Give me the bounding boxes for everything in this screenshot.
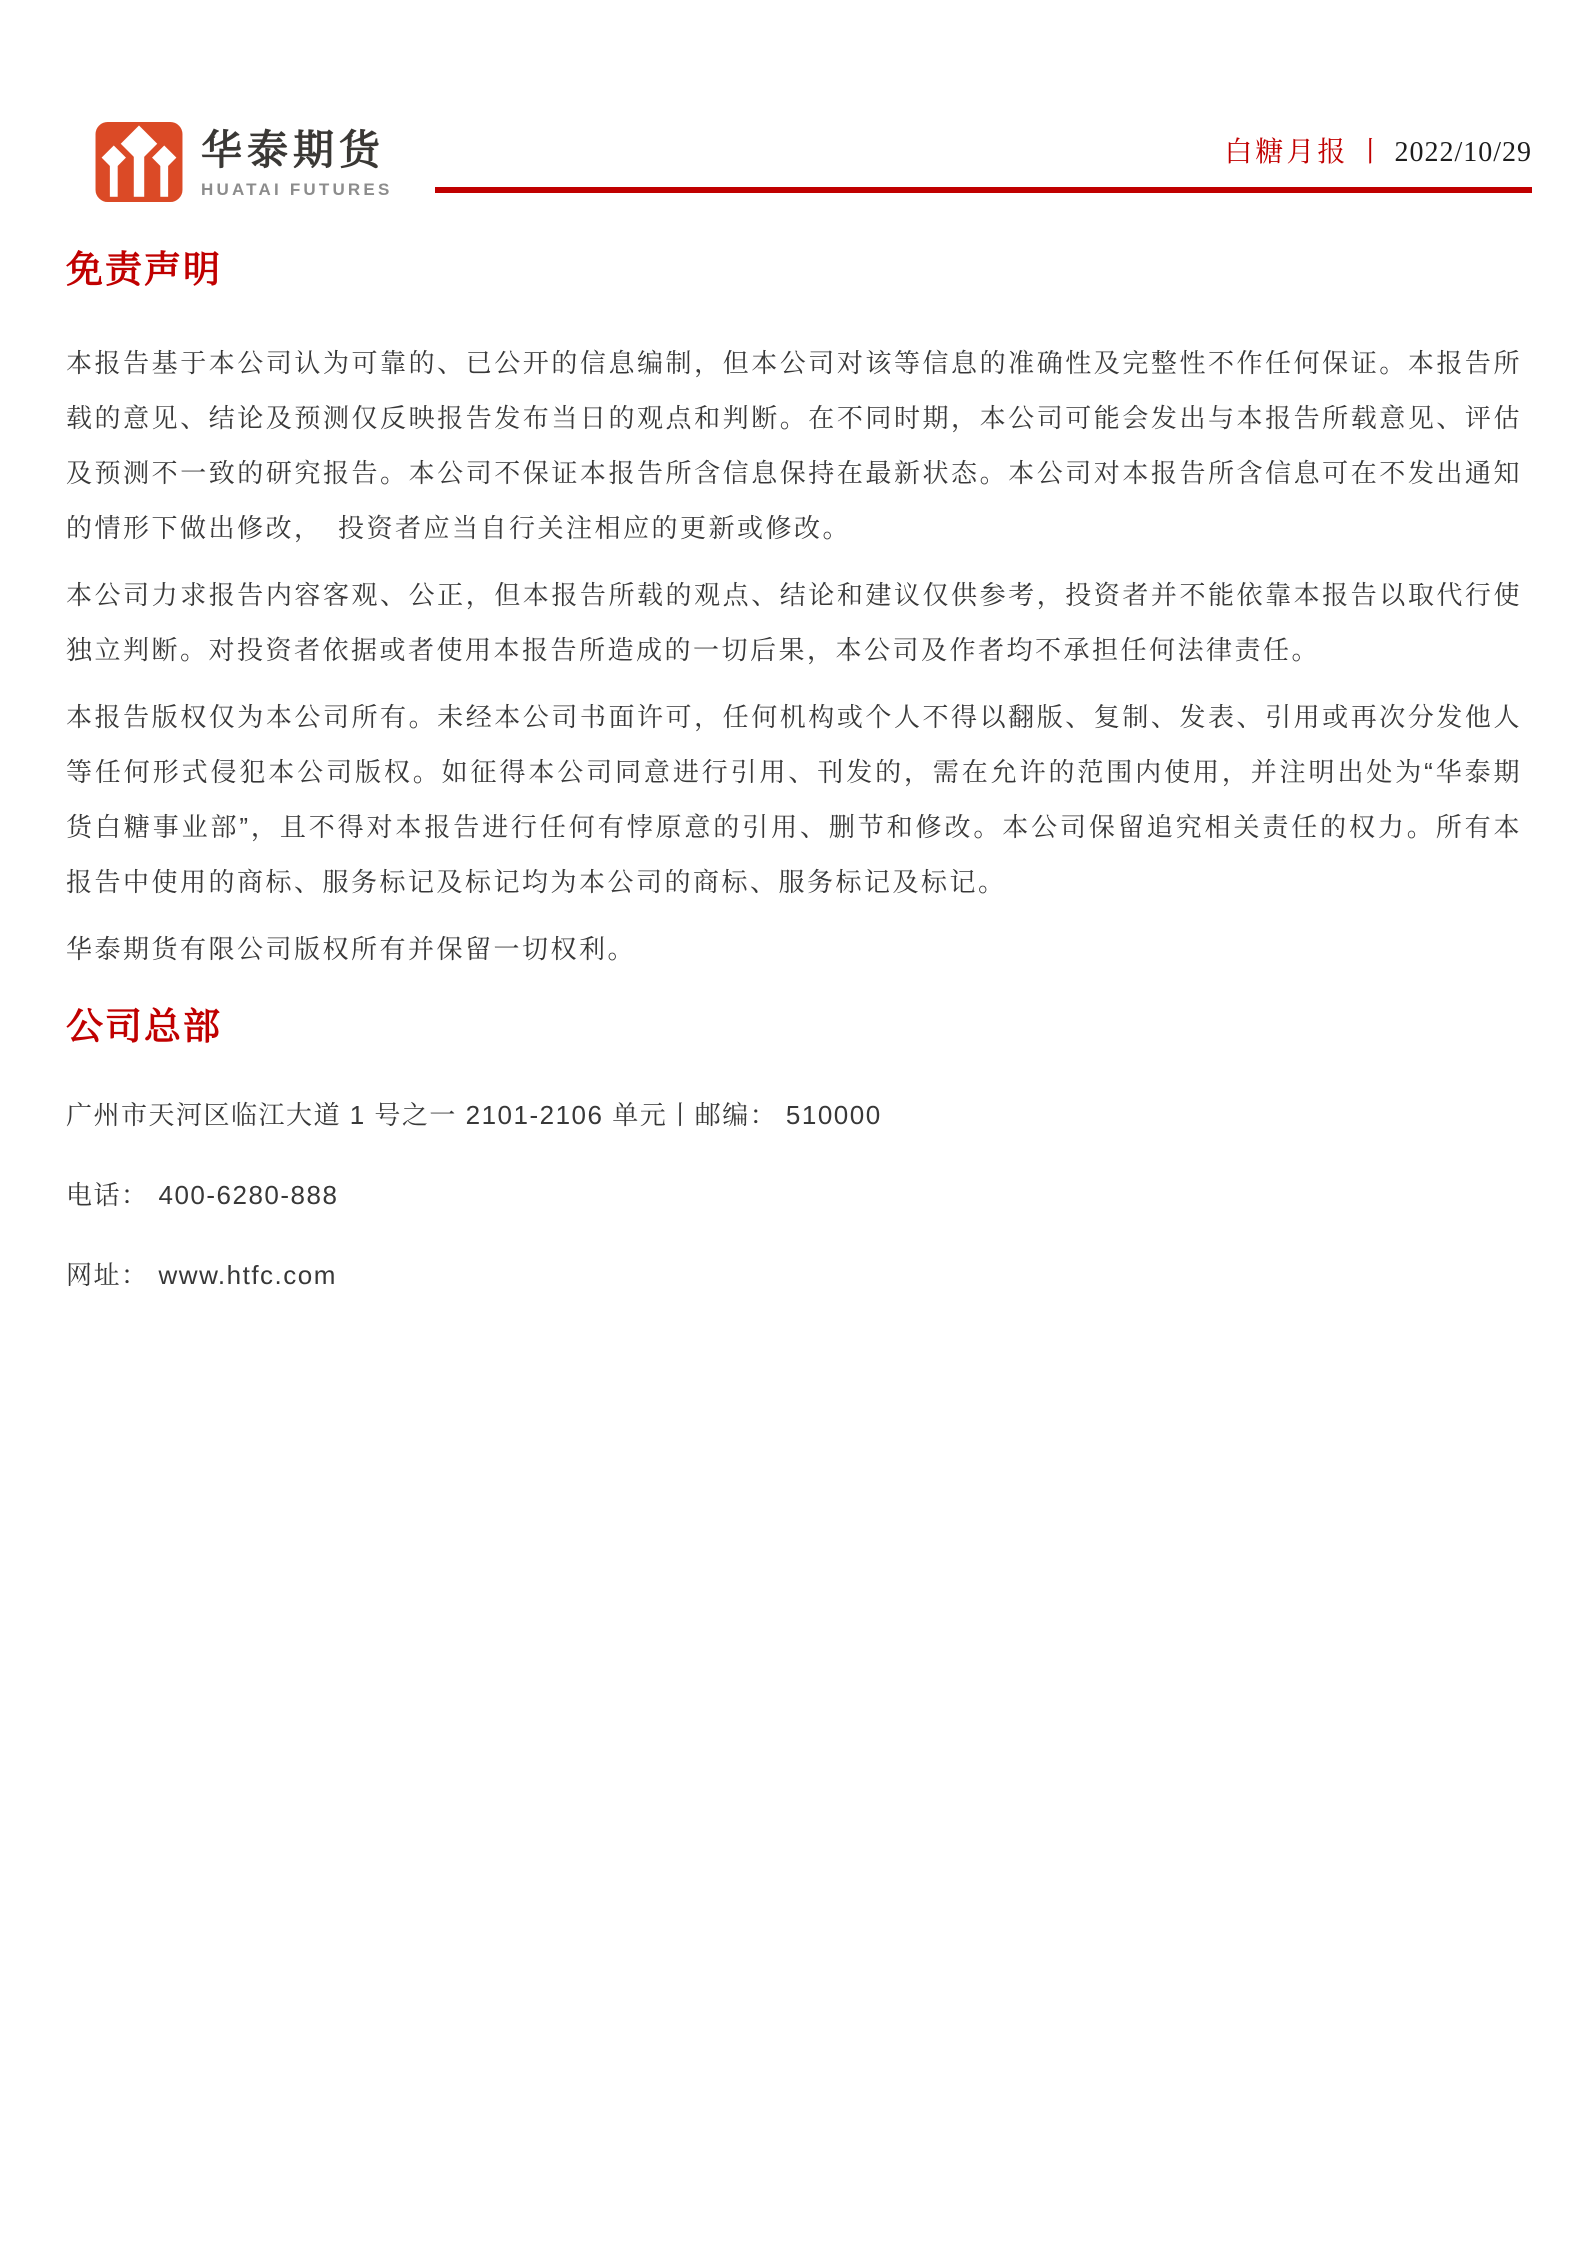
headquarters-section-title: 公司总部 [66,1005,1522,1049]
disclaimer-paragraph-3: 本报告版权仅为本公司所有。未经本公司书面许可，任何机构或个人不得以翻版、复制、发… [66,690,1522,910]
headquarters-address: 广州市天河区临江大道 1 号之一 2101-2106 单元丨邮编： 510000 [66,1088,1522,1143]
page-body: 免责声明 本报告基于本公司认为可靠的、已公开的信息编制，但本公司对该等信息的准确… [66,0,1522,1328]
phone-label: 电话： [66,1180,149,1210]
disclaimer-paragraph-1: 本报告基于本公司认为可靠的、已公开的信息编制，但本公司对该等信息的准确性及完整性… [66,336,1522,556]
website-url: www.htfc.com [159,1260,337,1290]
website-label: 网址： [66,1260,149,1290]
phone-number: 400-6280-888 [159,1180,339,1210]
headquarters-website: 网址：www.htfc.com [66,1248,1522,1303]
report-page: 华泰期货 HUATAI FUTURES 白糖月报丨2022/10/29 免责声明… [0,0,1588,2246]
disclaimer-section-title: 免责声明 [66,248,1522,292]
headquarters-phone: 电话：400-6280-888 [66,1168,1522,1223]
disclaimer-paragraph-4: 华泰期货有限公司版权所有并保留一切权利。 [66,922,1522,977]
disclaimer-paragraph-2: 本公司力求报告内容客观、公正，但本报告所载的观点、结论和建议仅供参考，投资者并不… [66,568,1522,678]
